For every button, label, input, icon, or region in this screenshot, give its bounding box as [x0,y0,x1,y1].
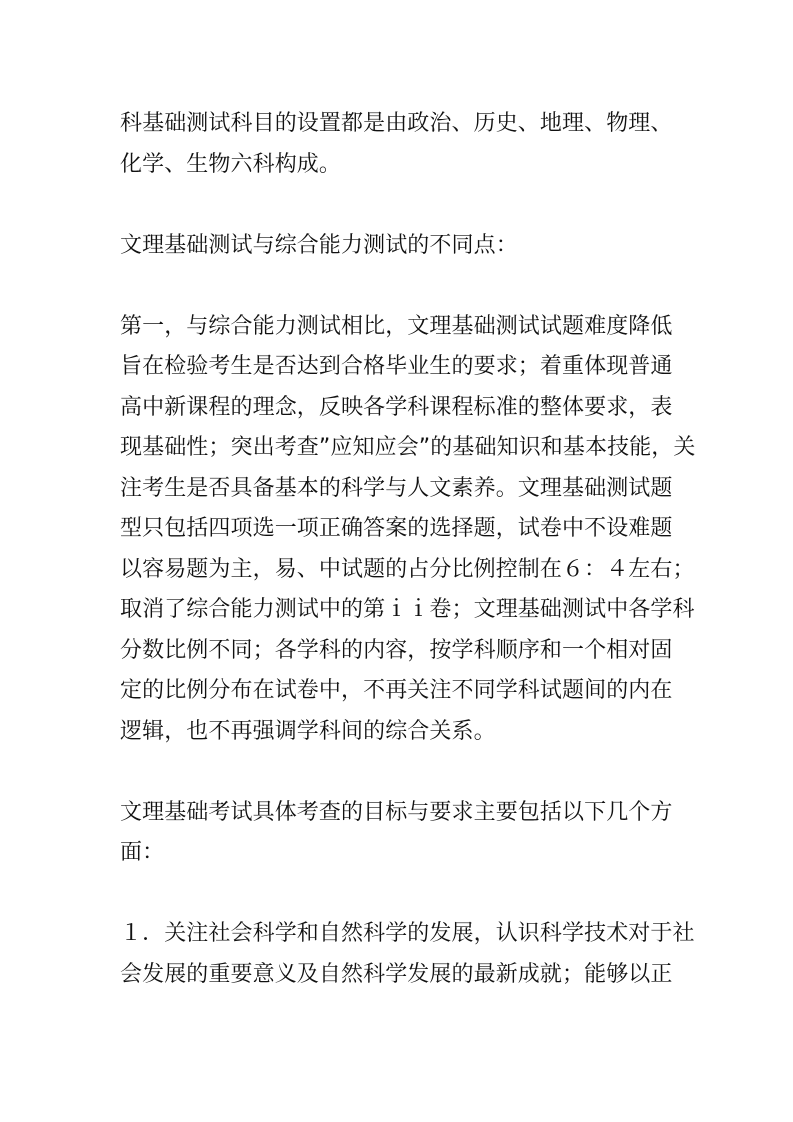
text-line: 现基础性；突出考查”应知应会”的基础知识和基本技能，关 [120,428,682,469]
paragraph-first-point: 第一，与综合能力测试相比，文理基础测试试题难度降低 旨在检验考生是否达到合格毕业… [120,307,682,753]
text-line: 高中新课程的理念，反映各学科课程标准的整体要求，表 [120,388,682,429]
text-line: 取消了综合能力测试中的第ｉｉ卷；文理基础测试中各学科 [120,590,682,631]
text-line: 科基础测试科目的设置都是由政治、历史、地理、物理、 [120,104,682,145]
paragraph-intro-continuation: 科基础测试科目的设置都是由政治、历史、地理、物理、 化学、生物六科构成。 [120,104,682,185]
text-line: 第一，与综合能力测试相比，文理基础测试试题难度降低 [120,307,682,348]
paragraph-goals-heading: 文理基础考试具体考查的目标与要求主要包括以下几个方 面： [120,793,682,874]
text-line: 逻辑，也不再强调学科间的综合关系。 [120,712,682,753]
text-line: 型只包括四项选一项正确答案的选择题，试卷中不设难题 [120,509,682,550]
text-line: 面： [120,833,682,874]
text-line: １．关注社会科学和自然科学的发展，认识科学技术对于社 [120,914,682,955]
text-line: 以容易题为主，易、中试题的占分比例控制在６：４左右； [120,550,682,591]
text-line: 会发展的重要意义及自然科学发展的最新成就；能够以正 [120,955,682,996]
text-line: 分数比例不同；各学科的内容，按学科顺序和一个相对固 [120,631,682,672]
text-line: 旨在检验考生是否达到合格毕业生的要求；着重体现普通 [120,347,682,388]
document-page: 科基础测试科目的设置都是由政治、历史、地理、物理、 化学、生物六科构成。 文理基… [120,104,682,1036]
text-line: 注考生是否具备基本的科学与人文素养。文理基础测试题 [120,469,682,510]
text-line: 化学、生物六科构成。 [120,145,682,186]
text-line: 文理基础考试具体考查的目标与要求主要包括以下几个方 [120,793,682,834]
text-line: 定的比例分布在试卷中，不再关注不同学科试题间的内在 [120,671,682,712]
text-line: 文理基础测试与综合能力测试的不同点： [120,226,682,267]
paragraph-differences-heading: 文理基础测试与综合能力测试的不同点： [120,226,682,267]
paragraph-goal-1: １．关注社会科学和自然科学的发展，认识科学技术对于社 会发展的重要意义及自然科学… [120,914,682,995]
